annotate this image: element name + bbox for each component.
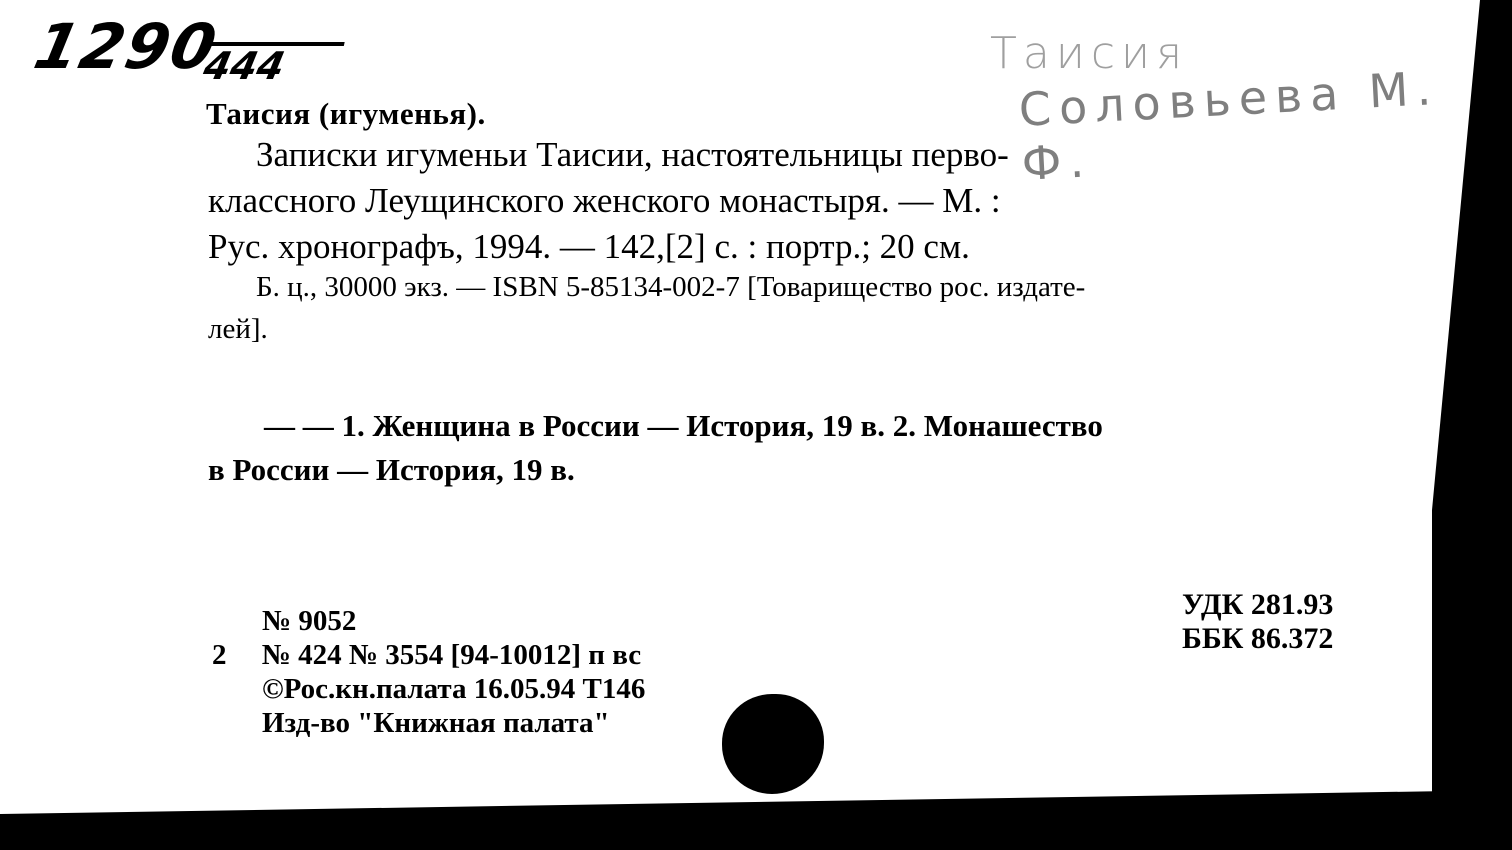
- record-numbers-row: 2 № 424 № 3554 [94-10012] п вс: [212, 638, 645, 672]
- punch-hole-blot: [722, 694, 824, 794]
- notes-line: Б. ц., 30000 экз. — ISBN 5-85134-002-7 […: [208, 266, 1358, 308]
- handwritten-call-number: 1290: [28, 10, 224, 83]
- record-numbers: № 424 № 3554 [94-10012] п вс: [234, 639, 641, 671]
- subject-line: в России — История, 19 в.: [208, 448, 1358, 492]
- catalog-card: 1290 444 Таисия Соловьева М. Ф. Таисия (…: [0, 0, 1512, 850]
- handwritten-annotation-faint: Таисия: [990, 28, 1188, 79]
- scan-edge-bottom: [0, 790, 1512, 850]
- subject-line: — — 1. Женщина в России — История, 19 в.…: [208, 404, 1358, 448]
- imprint-block: № 9052 2 № 424 № 3554 [94-10012] п вс ©Р…: [212, 604, 645, 740]
- title-line-text: Записки игуменьи Таисии, настоятельницы …: [256, 132, 1009, 178]
- classification-block: УДК 281.93 ББК 86.372: [1182, 588, 1333, 656]
- title-line: классного Леущинского женского монастыря…: [208, 178, 1358, 224]
- title-line: Записки игуменьи Таисии, настоятельницы …: [208, 132, 1358, 178]
- notes-line: лей].: [208, 308, 1358, 350]
- copyright-line: ©Рос.кн.палата 16.05.94 Т146: [212, 672, 645, 706]
- handwritten-call-subnumber: 444: [200, 42, 344, 86]
- udk-code: УДК 281.93: [1182, 588, 1333, 622]
- bbk-code: ББК 86.372: [1182, 622, 1333, 656]
- subject-headings: — — 1. Женщина в России — История, 19 в.…: [208, 404, 1358, 492]
- author-heading: Таисия (игуменья).: [206, 96, 486, 132]
- notes-block: Б. ц., 30000 экз. — ISBN 5-85134-002-7 […: [208, 266, 1358, 350]
- publisher-line: Изд-во "Книжная палата": [212, 706, 645, 740]
- row-prefix: 2: [212, 639, 227, 671]
- title-description: Записки игуменьи Таисии, настоятельницы …: [208, 132, 1358, 270]
- title-line: Рус. хронографъ, 1994. — 142,[2] с. : по…: [208, 224, 1358, 270]
- record-number: № 9052: [212, 604, 645, 638]
